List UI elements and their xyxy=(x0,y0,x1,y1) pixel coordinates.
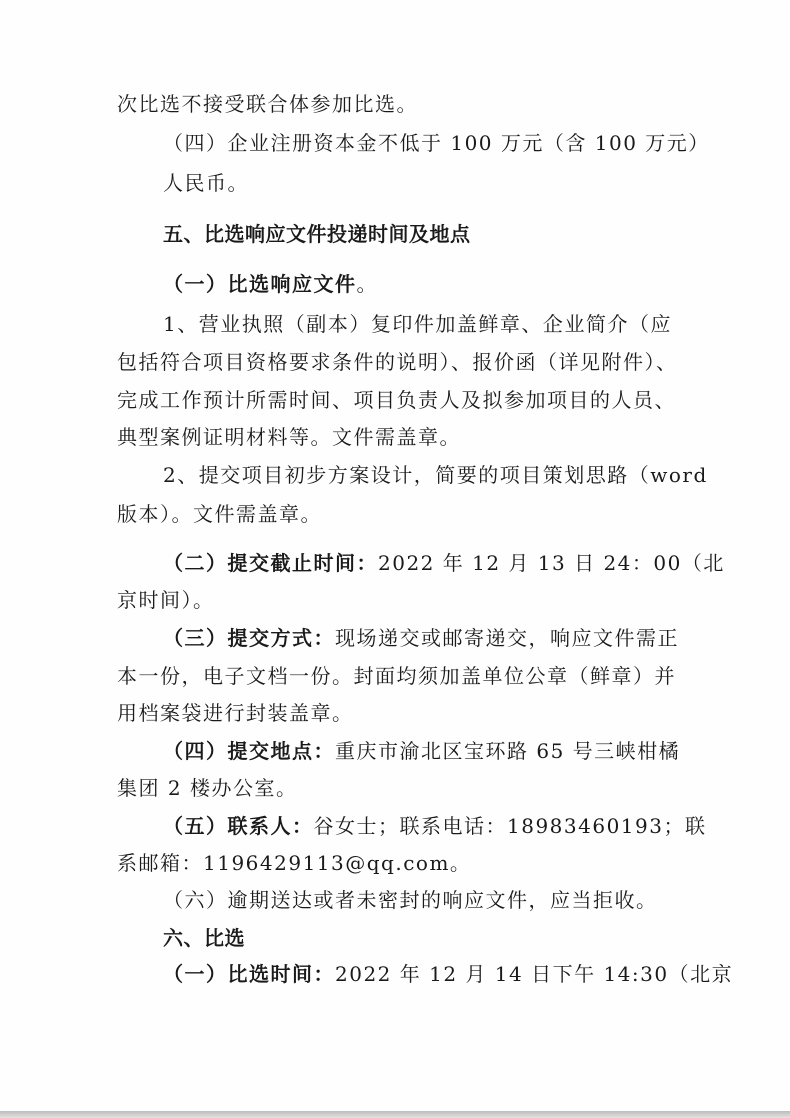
paragraph-registered-capital: （四）企业注册资本金不低于 100 万元（含 100 万元） xyxy=(163,129,672,157)
line-text: 典型案例证明材料等。文件需盖章。 xyxy=(117,425,461,449)
paragraph-line: 包括符合项目资格要求条件的说明）、报价函（详见附件）、 xyxy=(117,348,672,376)
line-text: 谷女士；联系电话：18983460193；联 xyxy=(314,814,707,838)
line-text: 重庆市渝北区宝环路 65 号三峡柑橘 xyxy=(335,739,680,763)
line-text: 。 xyxy=(357,272,379,296)
line-text: 京时间）。 xyxy=(117,588,215,612)
subsection-response-documents: （一）比选响应文件。 xyxy=(163,270,672,298)
subsection-label: （五）联系人： xyxy=(163,814,314,838)
line-text: 人民币。 xyxy=(163,171,249,195)
paragraph-line: 人民币。 xyxy=(163,169,672,197)
line-text: 本一份，电子文档一份。封面均须加盖单位公章（鲜章）并 xyxy=(117,664,676,688)
paragraph-line: 次比选不接受联合体参加比选。 xyxy=(117,90,672,118)
line-text: 2022 年 12 月 14 日下午 14:30（北京 xyxy=(335,962,733,986)
line-text: 完成工作预计所需时间、项目负责人及拟参加项目的人员、 xyxy=(117,388,676,412)
paragraph-line: 典型案例证明材料等。文件需盖章。 xyxy=(117,423,672,451)
page-bottom-shadow xyxy=(0,1111,790,1118)
paragraph-line: 完成工作预计所需时间、项目负责人及拟参加项目的人员、 xyxy=(117,386,672,414)
line-text: （四）企业注册资本金不低于 100 万元（含 100 万元） xyxy=(163,131,710,155)
section-heading-6: 六、比选 xyxy=(163,924,672,952)
subsection-selection-time: （一）比选时间：2022 年 12 月 14 日下午 14:30（北京 xyxy=(163,960,672,988)
subsection-late-submission: （六）逾期送达或者未密封的响应文件，应当拒收。 xyxy=(163,886,672,914)
paragraph-line: 本一份，电子文档一份。封面均须加盖单位公章（鲜章）并 xyxy=(117,662,672,690)
document-page: 次比选不接受联合体参加比选。 （四）企业注册资本金不低于 100 万元（含 10… xyxy=(0,0,790,1111)
section-heading-5: 五、比选响应文件投递时间及地点 xyxy=(163,220,672,248)
paragraph-line: 用档案袋进行封装盖章。 xyxy=(117,699,672,727)
line-text: 1、营业执照（副本）复印件加盖鲜章、企业简介（应 xyxy=(163,312,672,336)
heading-text: 六、比选 xyxy=(163,926,245,950)
subsection-label: （一）比选响应文件 xyxy=(163,272,357,296)
subsection-label: （四）提交地点： xyxy=(163,739,335,763)
paragraph-line: 京时间）。 xyxy=(117,586,672,614)
line-text: 包括符合项目资格要求条件的说明）、报价函（详见附件）、 xyxy=(117,350,678,374)
subsection-label: （三）提交方式： xyxy=(163,626,335,650)
line-text: 次比选不接受联合体参加比选。 xyxy=(117,92,418,116)
line-text: 现场递交或邮寄递交，响应文件需正 xyxy=(335,626,679,650)
line-text: 版本）。文件需盖章。 xyxy=(117,502,322,526)
paragraph-line: 集团 2 楼办公室。 xyxy=(117,774,672,802)
heading-text: 五、比选响应文件投递时间及地点 xyxy=(163,222,471,246)
line-text: 2、提交项目初步方案设计，简要的项目策划思路（word xyxy=(163,463,708,487)
line-text: 集团 2 楼办公室。 xyxy=(117,776,297,800)
subsection-deadline: （二）提交截止时间：2022 年 12 月 13 日 24：00（北 xyxy=(163,549,672,577)
subsection-submission-location: （四）提交地点：重庆市渝北区宝环路 65 号三峡柑橘 xyxy=(163,737,672,765)
line-text: 系邮箱：1196429113@qq.com。 xyxy=(117,851,471,875)
line-text: 2022 年 12 月 13 日 24：00（北 xyxy=(378,551,725,575)
paragraph-contact-email: 系邮箱：1196429113@qq.com。 xyxy=(117,849,672,877)
subsection-label: （二）提交截止时间： xyxy=(163,551,378,575)
paragraph-item-1: 1、营业执照（副本）复印件加盖鲜章、企业简介（应 xyxy=(163,310,672,338)
paragraph-item-2: 2、提交项目初步方案设计，简要的项目策划思路（word xyxy=(163,461,672,489)
paragraph-line: 版本）。文件需盖章。 xyxy=(117,500,672,528)
subsection-contact: （五）联系人：谷女士；联系电话：18983460193；联 xyxy=(163,812,672,840)
line-text: （六）逾期送达或者未密封的响应文件，应当拒收。 xyxy=(163,888,658,912)
subsection-label: （一）比选时间： xyxy=(163,962,335,986)
line-text: 用档案袋进行封装盖章。 xyxy=(117,701,354,725)
subsection-submission-method: （三）提交方式：现场递交或邮寄递交，响应文件需正 xyxy=(163,624,672,652)
